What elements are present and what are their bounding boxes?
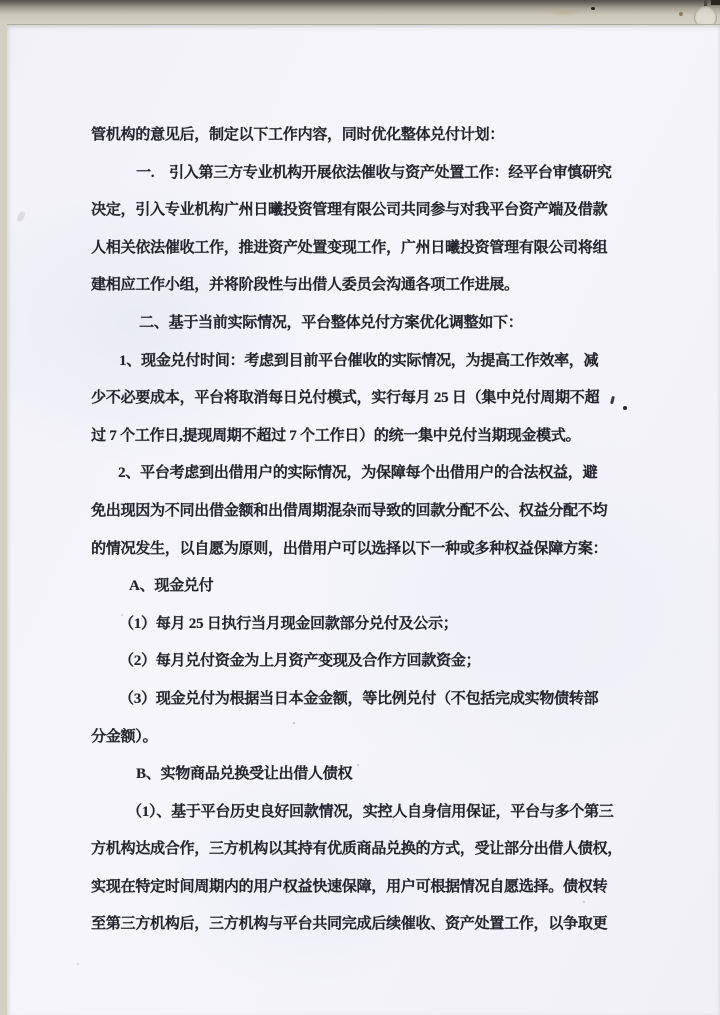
- scan-speck: [357, 764, 359, 766]
- text-line: （3）现金兑付为根据当日本金金额，等比例兑付（不包括完成实物债转部: [91, 681, 631, 719]
- text-line: 建相应工作小组，并将阶段性与出借人委员会沟通各项工作进展。: [91, 267, 631, 305]
- text-line: 二、基于当前实际情况，平台整体兑付方案优化调整如下：: [91, 305, 631, 343]
- text-line: （2）每月兑付资金为上月资产变现及合作方回款资金；: [91, 643, 631, 681]
- text-line: 1、现金兑付时间：考虑到目前平台催收的实际情况，为提高工作效率，减: [91, 343, 631, 381]
- text-line: 过 7 个工作日,提现周期不超过 7 个工作日）的统一集中兑付当期现金模式。: [91, 418, 631, 456]
- text-line: （1）、基于平台历史良好回款情况，实控人自身信用保证，平台与多个第三: [91, 794, 631, 832]
- text-line: B、实物商品兑换受让出借人债权: [91, 756, 631, 794]
- document-text: 管机构的意见后，制定以下工作内容，同时优化整体兑付计划：一. 引入第三方专业机构…: [91, 117, 631, 944]
- text-line: 少不必要成本，平台将取消每日兑付模式，实行每月 25 日（集中兑付周期不超: [91, 380, 631, 418]
- scanner-corner-mark: [711, 0, 720, 5]
- paper: 管机构的意见后，制定以下工作内容，同时优化整体兑付计划：一. 引入第三方专业机构…: [7, 24, 720, 1015]
- scan-speck: [583, 901, 585, 903]
- text-line: 2、平台考虑到出借用户的实际情况，为保障每个出借用户的合法权益，避: [91, 455, 631, 493]
- scanner-bed: [0, 0, 720, 25]
- text-line: 管机构的意见后，制定以下工作内容，同时优化整体兑付计划：: [91, 117, 631, 155]
- text-line: 方机构达成合作，三方机构以其持有优质商品兑换的方式，受让部分出借人债权，: [91, 831, 631, 869]
- text-line: 的情况发生，以自愿为原则，出借用户可以选择以下一种或多种权益保障方案：: [91, 531, 631, 569]
- text-line: 至第三方机构后，三方机构与平台共同完成后续催收、资产处置工作，以争取更: [91, 906, 631, 944]
- bed-speck: [679, 12, 683, 16]
- text-line: 人相关依法催收工作，推进资产处置变现工作，广州日曦投资管理有限公司将组: [91, 230, 631, 268]
- scan-speck: [293, 722, 295, 724]
- scan-smudge: [16, 210, 26, 223]
- bed-stain: [548, 8, 582, 17]
- text-line: A、现金兑付: [91, 568, 631, 606]
- scan-speck: [121, 614, 123, 616]
- text-line: 免出现因为不同出借金额和出借周期混杂而导致的回款分配不公、权益分配不均: [91, 493, 631, 531]
- scanned-page: 管机构的意见后，制定以下工作内容，同时优化整体兑付计划：一. 引入第三方专业机构…: [0, 0, 720, 1015]
- text-line: 分金额）。: [91, 719, 631, 757]
- text-line: 一. 引入第三方专业机构开展依法催收与资产处置工作：经平台审慎研究: [91, 155, 631, 193]
- text-line: 决定，引入专业机构广州日曦投资管理有限公司共同参与对我平台资产端及借款: [91, 192, 631, 230]
- pen-dot-mark: [623, 406, 627, 410]
- text-line: （1）每月 25 日执行当月现金回款部分兑付及公示；: [91, 606, 631, 644]
- scan-speck: [77, 963, 79, 965]
- text-line: 实现在特定时间周期内的用户权益快速保障，用户可根据情况自愿选择。债权转: [91, 869, 631, 907]
- bed-speck: [591, 7, 595, 10]
